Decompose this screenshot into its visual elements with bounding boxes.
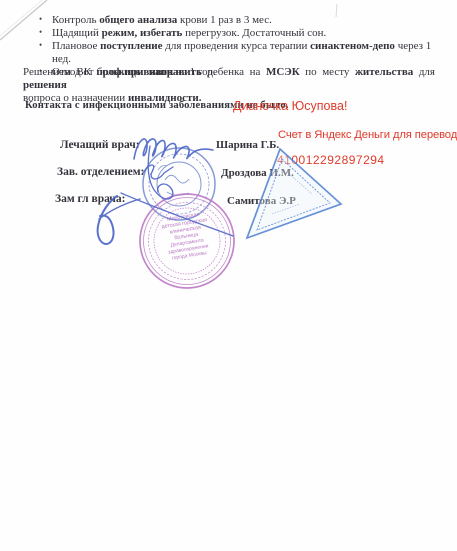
bullet-dot: •: [39, 26, 42, 39]
signature-row-label: Зав. отделением:: [57, 166, 144, 178]
signature-row-name: Шарина Г.Б.: [216, 139, 279, 151]
seal-text-line: города Москвы: [172, 250, 208, 261]
seal-text-line: Департамента: [170, 237, 204, 248]
bullet-dot: •: [39, 39, 42, 52]
list-item: • Щадящий режим, избегать перегрузок. До…: [38, 27, 440, 40]
list-item-text: Плановое поступление для проведения курс…: [52, 40, 431, 65]
list-item-text: Контроль общего анализа крови 1 раз в 3 …: [52, 14, 272, 26]
recipient-note-annotation: Дианочка Юсупова!: [233, 99, 347, 113]
seal-text-line: больница: [174, 232, 199, 242]
round-stamp: [143, 148, 215, 220]
wallet-note-annotation: Счет в Яндекс Деньги для перевода: [278, 129, 457, 141]
scanned-document-page: • Контроль общего анализа крови 1 раз в …: [0, 0, 457, 551]
doctor-signature-ink: [98, 139, 233, 244]
hospital-seal-stamp: Морозовская детская городская клиническа…: [140, 194, 234, 288]
wallet-number-annotation: 410012292897294: [277, 153, 385, 167]
signature-row-label: Лечащий врач:: [60, 139, 140, 151]
signature-row-label: Зам гл врача:: [55, 193, 125, 205]
decision-line: Решением ВК больницы направить ребенка н…: [23, 66, 435, 92]
list-item: • Контроль общего анализа крови 1 раз в …: [38, 14, 440, 27]
seal-text-line: детская городская: [161, 217, 207, 230]
signature-row-name: Самитова Э.Р: [227, 195, 296, 207]
seal-text-line: клиническая: [169, 225, 201, 236]
seal-text-line: здравоохранения: [168, 243, 209, 255]
list-item-text: Щадящий режим, избегать перегрузок. Дост…: [52, 27, 326, 39]
list-item: • Плановое поступление для проведения ку…: [38, 40, 440, 66]
signature-row-name: Дроздова И.М.: [221, 167, 294, 179]
bullet-dot: •: [39, 13, 42, 26]
seal-text-line: Морозовская: [167, 212, 200, 223]
